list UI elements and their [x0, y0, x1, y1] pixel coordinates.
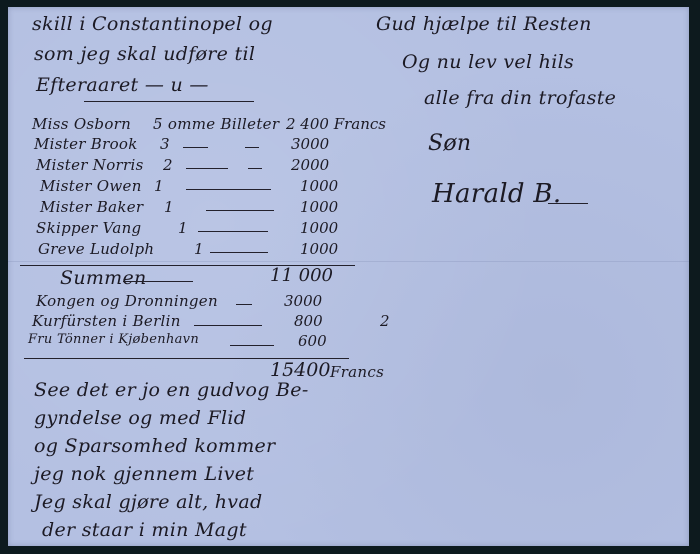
ledger-dash [248, 168, 262, 169]
closing-line-6: der staar i min Magt [42, 519, 247, 541]
signature-flourish [548, 203, 588, 204]
underline [84, 101, 254, 102]
ledger-row-detail: 3 [160, 135, 170, 153]
ledger-dash [206, 210, 274, 211]
subtotal-dash [123, 281, 193, 282]
subtotal-amount: 11 000 [270, 265, 333, 286]
subtotal-label: Summen [60, 267, 147, 289]
addition-row-name: Kongen og Dronningen [36, 292, 218, 310]
fold-line [8, 261, 689, 262]
closing-line-5: Jeg skal gjøre alt, hvad [34, 491, 262, 513]
intro-line-1: skill i Constantinopel og [32, 13, 273, 35]
ledger-dash [186, 189, 271, 190]
total-currency: Francs [330, 363, 384, 381]
intro-line-3: Efteraaret — u — [36, 74, 209, 96]
ledger-row-amount: 2 400 Francs [286, 115, 386, 133]
ledger-dash [183, 147, 208, 148]
addition-dash [194, 325, 262, 326]
addition-row-amount: 600 [298, 332, 327, 350]
right-line-3: alle fra din trofaste [424, 87, 616, 109]
right-line-2: Og nu lev vel hils [402, 51, 574, 73]
right-line-1: Gud hjælpe til Resten [376, 13, 592, 35]
closing-line-3: og Sparsomhed kommer [34, 435, 275, 457]
addition-dash [230, 345, 274, 346]
ledger-row-name: Mister Baker [40, 198, 143, 216]
ledger-dash [198, 231, 268, 232]
ledger-row-name: Mister Owen [40, 177, 142, 195]
ledger-dash [245, 147, 259, 148]
closing-line-4: jeg nok gjennem Livet [34, 463, 254, 485]
ledger-row-amount: 1000 [300, 177, 338, 195]
ledger-row-name: Skipper Vang [36, 219, 141, 237]
ledger-row-name: Mister Norris [36, 156, 144, 174]
ledger-row-detail: 5 omme Billeter [153, 115, 279, 133]
salutation: Søn [428, 131, 471, 156]
ledger-row-amount: 3000 [291, 135, 329, 153]
ledger-row-name: Mister Brook [34, 135, 138, 153]
total-amount: 15400 [270, 359, 330, 381]
addition-dash [236, 304, 252, 305]
addition-row-amount: 3000 [284, 292, 322, 310]
ledger-dash [210, 252, 268, 253]
addition-row-amount: 800 [294, 312, 323, 330]
signature: Harald B. [432, 179, 561, 209]
ledger-row-amount: 1000 [300, 219, 338, 237]
margin-mark: 2 [380, 312, 390, 330]
ledger-row-detail: 1 [164, 198, 174, 216]
ledger-dash [186, 168, 228, 169]
addition-row-name: Kurfürsten i Berlin [32, 312, 181, 330]
ledger-row-detail: 1 [178, 219, 188, 237]
ledger-row-name: Miss Osborn [32, 115, 131, 133]
letter-paper: skill i Constantinopel og som jeg skal u… [8, 7, 689, 546]
ledger-row-name: Greve Ludolph [38, 240, 154, 258]
closing-line-2: gyndelse og med Flid [34, 407, 246, 429]
ledger-row-detail: 1 [154, 177, 164, 195]
ledger-row-amount: 2000 [291, 156, 329, 174]
ledger-row-detail: 2 [163, 156, 173, 174]
closing-line-1: See det er jo en gudvog Be- [34, 379, 309, 401]
ledger-row-detail: 1 [194, 240, 204, 258]
ledger-row-amount: 1000 [300, 198, 338, 216]
intro-line-2: som jeg skal udføre til [34, 43, 255, 65]
addition-row-name: Fru Tönner i Kjøbenhavn [28, 332, 199, 347]
ledger-row-amount: 1000 [300, 240, 338, 258]
